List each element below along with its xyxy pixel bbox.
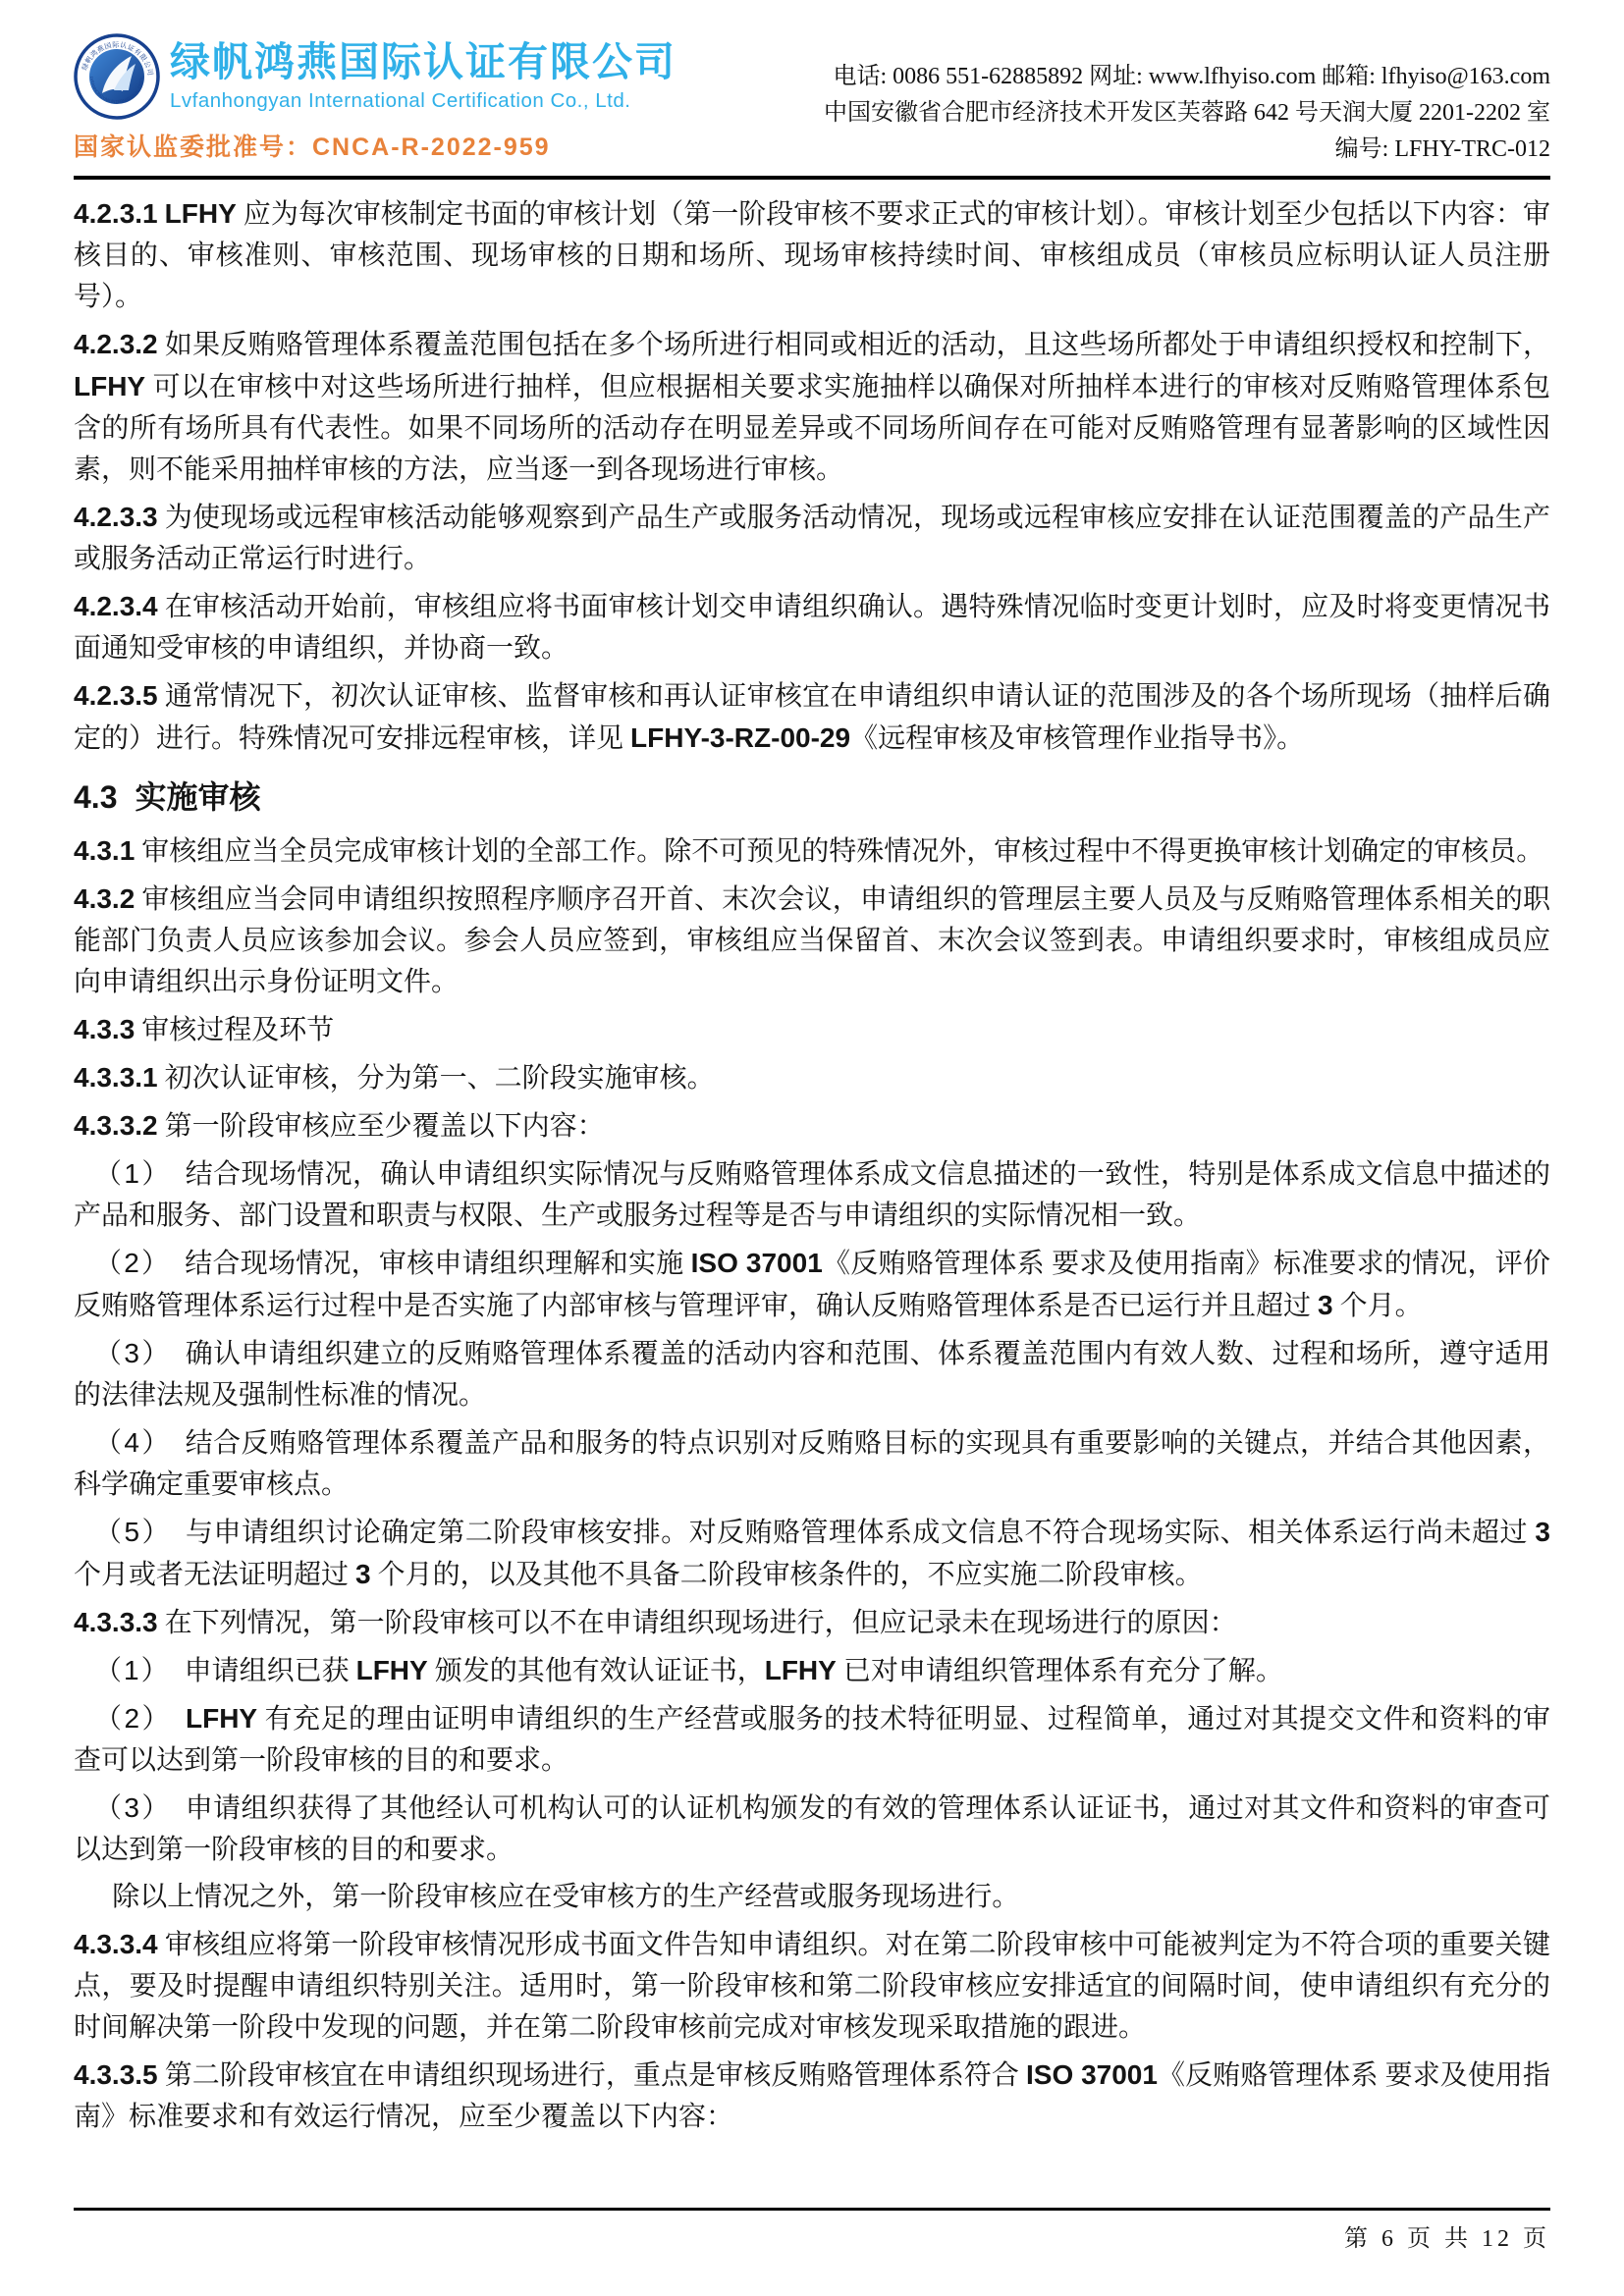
paragraph: 4.2.3.4 在审核活动开始前，审核组应将书面审核计划交申请组织确认。遇特殊情… bbox=[74, 586, 1550, 669]
paragraph: 4.3.3.2 第一阶段审核应至少覆盖以下内容： bbox=[74, 1105, 1550, 1148]
paragraph: 4.3.3 审核过程及环节 bbox=[74, 1009, 1550, 1051]
paragraph-number: 4.3 bbox=[74, 779, 117, 815]
header-left: 绿帆鸿燕国际认证有限公司 LVFANHONGYAN INTERNATIONAL … bbox=[74, 33, 677, 163]
page-number: 第 6 页 共 12 页 bbox=[74, 2211, 1550, 2253]
header-contact-block: 电话: 0086 551-62885892 网址: www.lfhyiso.co… bbox=[824, 33, 1550, 168]
company-seal-logo: 绿帆鸿燕国际认证有限公司 LVFANHONGYAN INTERNATIONAL … bbox=[74, 33, 160, 120]
paragraph-number: （4） bbox=[94, 1427, 172, 1458]
paragraph: （5）与申请组织讨论确定第二阶段审核安排。对反贿赂管理体系成文信息不符合现场实际… bbox=[74, 1512, 1550, 1596]
company-names: 绿帆鸿燕国际认证有限公司 Lvfanhongyan International … bbox=[170, 40, 677, 112]
company-name-en: Lvfanhongyan International Certification… bbox=[170, 89, 677, 113]
paragraph-number: 4.3.1 bbox=[74, 835, 135, 866]
paragraph-number: 4.3.3 bbox=[74, 1014, 135, 1044]
document-footer: 第 6 页 共 12 页 bbox=[74, 2208, 1550, 2253]
paragraph-number: 4.2.3.4 bbox=[74, 591, 158, 621]
paragraph: 4.3.3.4 审核组应将第一阶段审核情况形成书面文件告知申请组织。对在第二阶段… bbox=[74, 1924, 1550, 2049]
paragraph: 4.3.1 审核组应当全员完成审核计划的全部工作。除不可预见的特殊情况外，审核过… bbox=[74, 830, 1550, 873]
company-name-cn: 绿帆鸿燕国际认证有限公司 bbox=[170, 40, 677, 84]
paragraph-number: 4.2.3.2 bbox=[74, 329, 158, 359]
paragraph: （3）确认申请组织建立的反贿赂管理体系覆盖的活动内容和范围、体系覆盖范围内有效人… bbox=[74, 1333, 1550, 1416]
paragraph-number: 4.3.3.4 bbox=[74, 1929, 158, 1959]
paragraph-number: （5） bbox=[94, 1517, 172, 1547]
address-line: 中国安徽省合肥市经济技术开发区芙蓉路 642 号天润大厦 2201-2202 室 bbox=[824, 95, 1550, 132]
paragraph-number: （2） bbox=[94, 1703, 172, 1734]
paragraph-number: 4.3.2 bbox=[74, 883, 135, 914]
document-body: 4.2.3.1 LFHY 应为每次审核制定书面的审核计划（第一阶段审核不要求正式… bbox=[74, 180, 1550, 2208]
paragraph-number: （3） bbox=[94, 1338, 172, 1368]
paragraph: （4）结合反贿赂管理体系覆盖产品和服务的特点识别对反贿赂目标的实现具有重要影响的… bbox=[74, 1422, 1550, 1506]
contact-line: 电话: 0086 551-62885892 网址: www.lfhyiso.co… bbox=[824, 59, 1550, 95]
paragraph: 4.3.3.1 初次认证审核，分为第一、二阶段实施审核。 bbox=[74, 1057, 1550, 1099]
seal-icon: 绿帆鸿燕国际认证有限公司 LVFANHONGYAN INTERNATIONAL … bbox=[74, 33, 160, 120]
logo-row: 绿帆鸿燕国际认证有限公司 LVFANHONGYAN INTERNATIONAL … bbox=[74, 33, 677, 120]
section-heading: 4.3 实施审核 bbox=[74, 775, 1550, 819]
paragraph-number: （2） bbox=[94, 1248, 171, 1278]
paragraph-number: 4.2.3.1 bbox=[74, 198, 158, 229]
paragraph-number: 4.2.3.3 bbox=[74, 502, 158, 532]
paragraph: 4.2.3.2 如果反贿赂管理体系覆盖范围包括在多个场所进行相同或相近的活动，且… bbox=[74, 324, 1550, 491]
paragraph: 4.3.3.3 在下列情况，第一阶段审核可以不在申请组织现场进行，但应记录未在现… bbox=[74, 1602, 1550, 1644]
paragraph: 4.3.2 审核组应当会同申请组织按照程序顺序召开首、末次会议，申请组织的管理层… bbox=[74, 879, 1550, 1003]
paragraph-number: 4.3.3.2 bbox=[74, 1110, 158, 1141]
paragraph: 4.3.3.5 第二阶段审核宜在申请组织现场进行，重点是审核反贿赂管理体系符合 … bbox=[74, 2055, 1550, 2138]
paragraph: 4.2.3.3 为使现场或远程审核活动能够观察到产品生产或服务活动情况，现场或远… bbox=[74, 497, 1550, 580]
paragraph: 4.2.3.1 LFHY 应为每次审核制定书面的审核计划（第一阶段审核不要求正式… bbox=[74, 193, 1550, 318]
paragraph-number: 4.3.3.1 bbox=[74, 1062, 158, 1093]
paragraph-number: （1） bbox=[94, 1158, 172, 1189]
paragraph-number: （3） bbox=[94, 1792, 172, 1823]
paragraph: （2）结合现场情况，审核申请组织理解和实施 ISO 37001《反贿赂管理体系 … bbox=[74, 1243, 1550, 1327]
paragraph-number: 4.2.3.5 bbox=[74, 680, 158, 711]
paragraph: （2）LFHY 有充足的理由证明申请组织的生产经营或服务的技术特征明显、过程简单… bbox=[74, 1698, 1550, 1782]
approval-number: 国家认监委批准号：CNCA-R-2022-959 bbox=[74, 128, 677, 163]
paragraph: （3）申请组织获得了其他经认可机构认可的认证机构颁发的有效的管理体系认证证书，通… bbox=[74, 1788, 1550, 1871]
document-page: 绿帆鸿燕国际认证有限公司 LVFANHONGYAN INTERNATIONAL … bbox=[0, 0, 1624, 2296]
document-header: 绿帆鸿燕国际认证有限公司 LVFANHONGYAN INTERNATIONAL … bbox=[74, 33, 1550, 168]
paragraph-number: 4.3.3.5 bbox=[74, 2059, 158, 2090]
doc-number: 编号: LFHY-TRC-012 bbox=[824, 132, 1550, 168]
paragraph-number: 4.3.3.3 bbox=[74, 1607, 158, 1637]
paragraph: （1）结合现场情况，确认申请组织实际情况与反贿赂管理体系成文信息描述的一致性，特… bbox=[74, 1153, 1550, 1237]
paragraph: （1）申请组织已获 LFHY 颁发的其他有效认证证书，LFHY 已对申请组织管理… bbox=[74, 1650, 1550, 1692]
paragraph: 除以上情况之外，第一阶段审核应在受审核方的生产经营或服务现场进行。 bbox=[74, 1877, 1550, 1918]
paragraph-number: （1） bbox=[94, 1655, 171, 1685]
paragraph: 4.2.3.5 通常情况下，初次认证审核、监督审核和再认证审核宜在申请组织申请认… bbox=[74, 675, 1550, 760]
